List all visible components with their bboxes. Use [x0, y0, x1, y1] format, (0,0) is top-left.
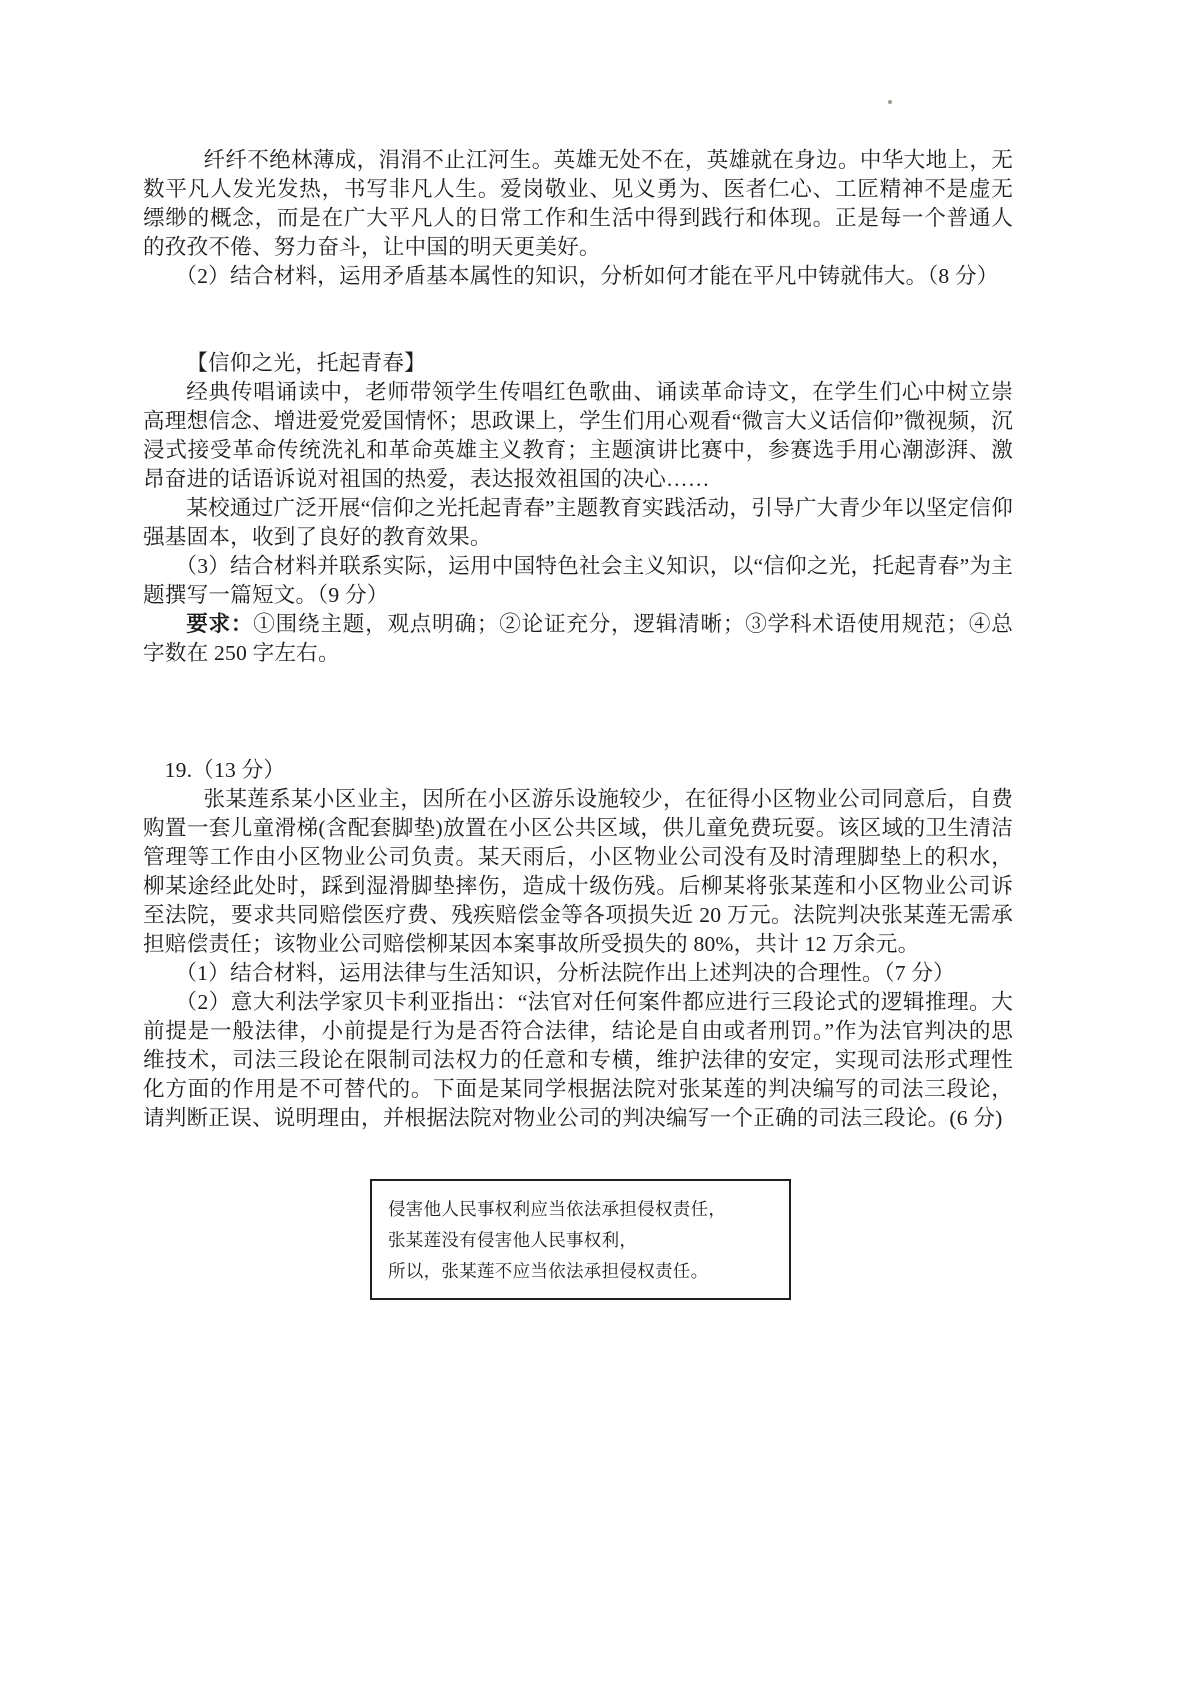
syllogism-minor-premise: 张某莲没有侵害他人民事权利， — [388, 1225, 773, 1256]
requirements-text: ①围绕主题，观点明确；②论证充分，逻辑清晰；③学科术语使用规范；④总字数在 25… — [143, 612, 1013, 665]
scan-artifact-dot — [888, 100, 892, 104]
question-3: （3）结合材料并联系实际，运用中国特色社会主义知识，以“信仰之光，托起青春”为主… — [143, 552, 1013, 610]
question-2: （2）结合材料，运用矛盾基本属性的知识，分析如何才能在平凡中铸就伟大。（8 分） — [143, 262, 1013, 291]
material-paragraph-faith-activities: 经典传唱诵读中，老师带领学生传唱红色歌曲、诵读革命诗文，在学生们心中树立崇高理想… — [143, 378, 1013, 494]
section-banner-faith: 【信仰之光，托起青春】 — [143, 349, 1013, 378]
question-19-sub2: （2）意大利法学家贝卡利亚指出：“法官对任何案件都应进行三段论式的逻辑推理。大前… — [143, 988, 1013, 1133]
question-19-sub1: （1）结合材料，运用法律与生活知识，分析法院作出上述判决的合理性。（7 分） — [143, 959, 1013, 988]
syllogism-major-premise: 侵害他人民事权利应当依法承担侵权责任， — [388, 1194, 773, 1225]
question-19-material: 张某莲系某小区业主，因所在小区游乐设施较少，在征得小区物业公司同意后，自费购置一… — [143, 785, 1013, 959]
syllogism-box: 侵害他人民事权利应当依法承担侵权责任， 张某莲没有侵害他人民事权利， 所以，张某… — [370, 1179, 791, 1300]
requirements-label: 要求： — [186, 612, 253, 636]
syllogism-conclusion: 所以，张某莲不应当依法承担侵权责任。 — [388, 1256, 773, 1287]
material-paragraph-faith-school: 某校通过广泛开展“信仰之光托起青春”主题教育实践活动，引导广大青少年以坚定信仰强… — [143, 494, 1013, 552]
page-content: 纤纤不绝林薄成，涓涓不止江河生。英雄无处不在，英雄就在身边。中华大地上，无数平凡… — [143, 146, 1013, 1300]
question-19-heading: 19.（13 分） — [143, 756, 1013, 785]
exam-paper-page: 纤纤不绝林薄成，涓涓不止江河生。英雄无处不在，英雄就在身边。中华大地上，无数平凡… — [0, 0, 1200, 1698]
essay-requirements: 要求：①围绕主题，观点明确；②论证充分，逻辑清晰；③学科术语使用规范；④总字数在… — [143, 610, 1013, 668]
material-paragraph-heroes: 纤纤不绝林薄成，涓涓不止江河生。英雄无处不在，英雄就在身边。中华大地上，无数平凡… — [143, 146, 1013, 262]
